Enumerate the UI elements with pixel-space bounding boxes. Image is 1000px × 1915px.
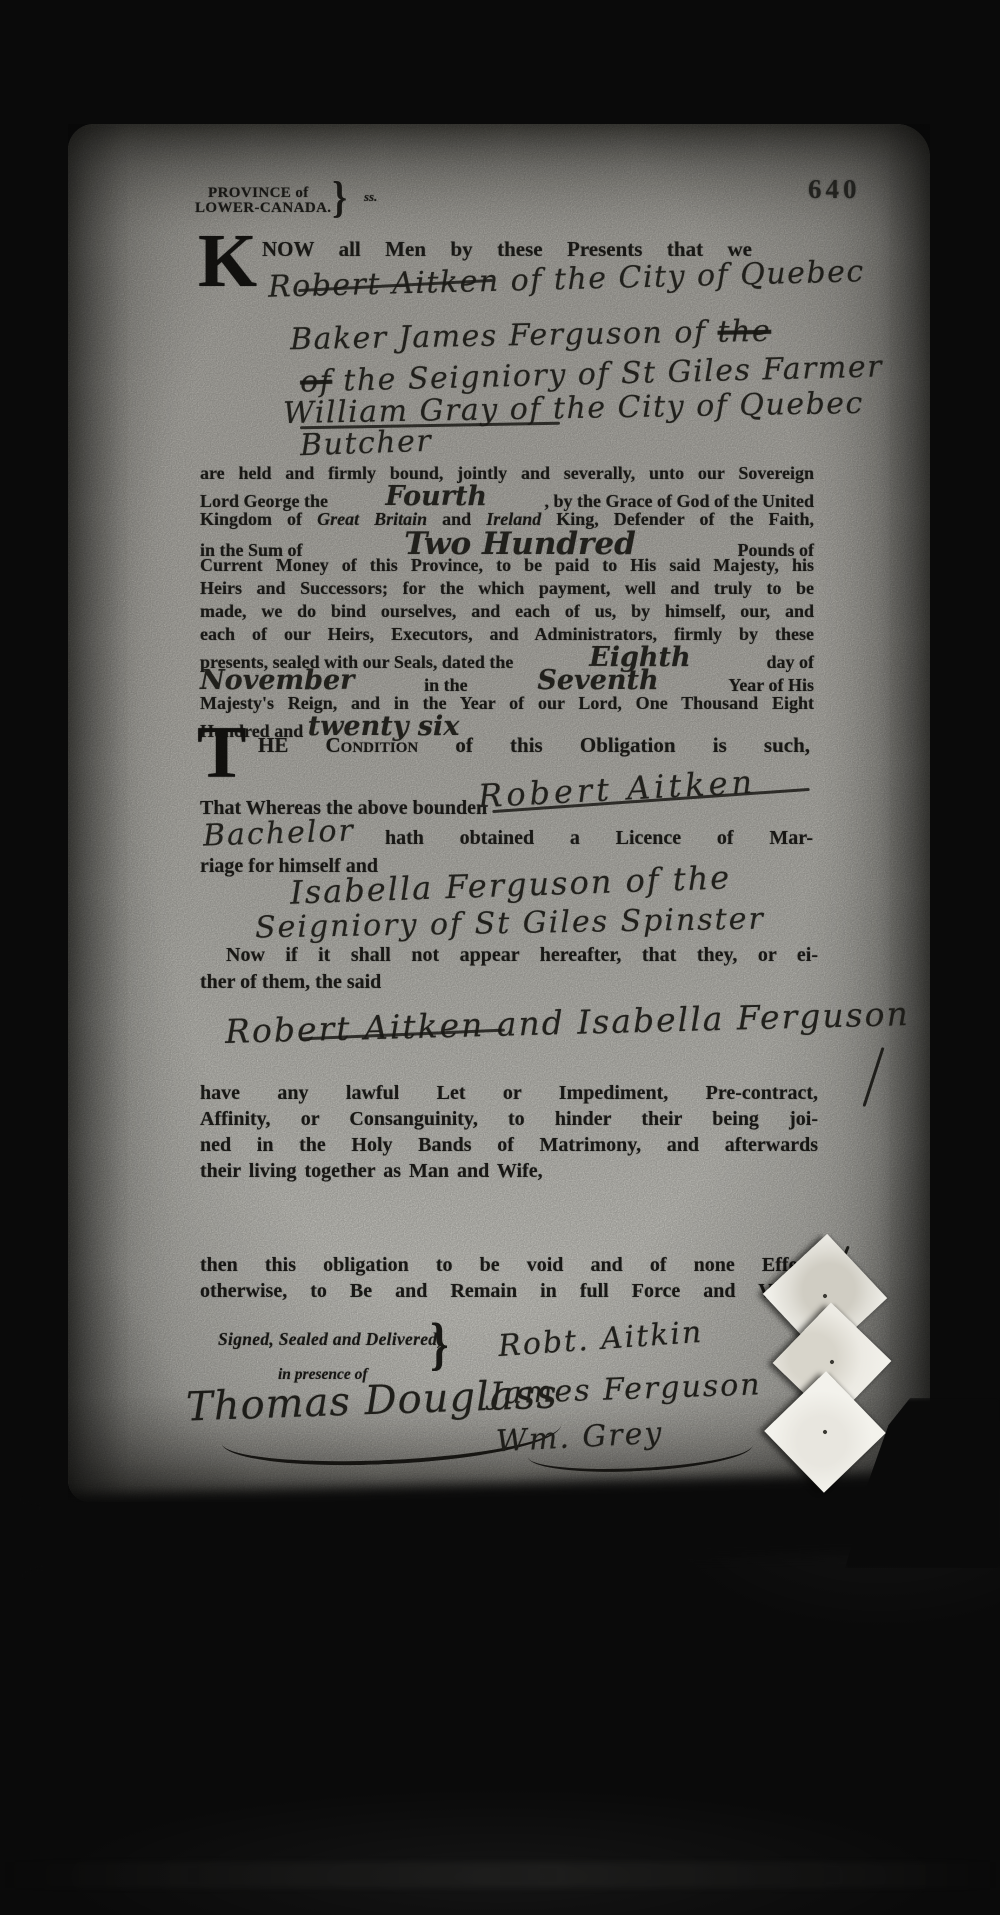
handwritten-regnal-name: Fourth <box>385 483 487 510</box>
bond-line: in the Sum of Two Hundred Pounds of <box>200 531 814 554</box>
handwritten-status: Bachelor <box>202 813 355 853</box>
bond-line: Heirs and Successors; for the which paym… <box>200 577 814 600</box>
bond-text: Kingdom of <box>200 509 302 529</box>
scan-background: PROVINCE of LOWER-CANADA. } ss. 640 K NO… <box>0 0 1000 1915</box>
struck-word: the <box>717 314 771 350</box>
condition-line: ned in the Holy Bands of Matrimony, and … <box>200 1132 818 1158</box>
bond-line: made, we do bind ourselves, and each of … <box>200 600 814 623</box>
bond-line: each of our Heirs, Executors, and Admini… <box>200 623 814 646</box>
condition-line: ther of them, the said <box>200 971 381 994</box>
drop-cap-t: T <box>197 724 246 783</box>
condition-heading: HE Condition of this Obligation is such, <box>258 733 810 758</box>
handwritten-regnal-year: Seventh <box>537 667 658 694</box>
void-clause-line: otherwise, to Be and Remain in full Forc… <box>200 1278 818 1304</box>
condition-line: their living together as Man and Wife, <box>200 1158 818 1184</box>
heading-text: HE <box>258 733 288 757</box>
struck-word: of <box>300 364 333 400</box>
page-number: 640 <box>808 174 861 205</box>
attestation-brace: } <box>430 1310 448 1377</box>
bond-line: Lord George the Fourth , by the Grace of… <box>200 485 814 508</box>
licence-line: hath obtained a Licence of Mar- <box>385 827 813 850</box>
condition-line: Affinity, or Consanguinity, to hinder th… <box>200 1106 818 1132</box>
province-label-line2: LOWER-CANADA. <box>195 200 331 217</box>
bond-line: are held and firmly bound, jointly and s… <box>200 462 814 485</box>
void-clause-line: then this obligation to be void and of n… <box>200 1252 818 1278</box>
jurat-abbreviation: ss. <box>364 189 377 205</box>
handwritten-party-line: Butcher <box>299 424 432 464</box>
drop-cap-k: K <box>198 231 257 292</box>
condition-line: Now if it shall not appear hereafter, th… <box>200 944 818 967</box>
heading-smallcaps: Condition <box>326 733 419 757</box>
bond-line: November in the Seventh Year of His <box>200 669 814 692</box>
handwritten-month: November <box>200 667 354 694</box>
bond-line: Current Money of this Province, to be pa… <box>200 554 814 577</box>
bond-line: Majesty's Reign, and in the Year of our … <box>200 692 814 715</box>
condition-line: have any lawful Let or Impediment, Pre-c… <box>200 1080 818 1106</box>
party-text: Baker James Ferguson of <box>290 315 707 357</box>
attestation-label: Signed, Sealed and Delivered, <box>218 1329 442 1350</box>
header-brace: } <box>332 172 347 223</box>
heading-text: of this Obligation is such, <box>455 733 810 757</box>
